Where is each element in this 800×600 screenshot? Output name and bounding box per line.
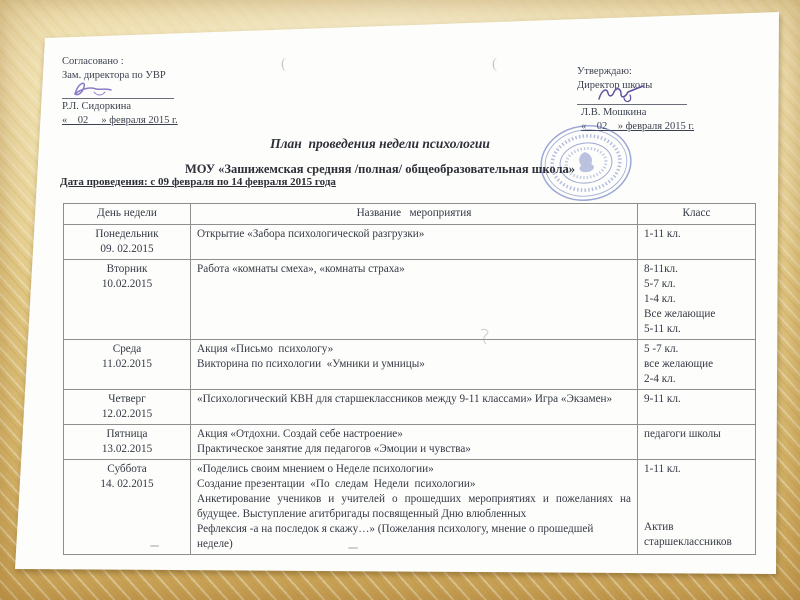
slide-background: Согласовано : Зам. директора по УВР Р.Л.… xyxy=(0,0,800,600)
approval-name-left: Р.Л. Сидоркина « 02 » февраля 2015 г. xyxy=(62,100,178,128)
event-line: «Поделись своим мнением о Неделе психоло… xyxy=(197,462,631,477)
event-line: Акция «Отдохни. Создай себе настроение» xyxy=(197,427,631,442)
class-line: все желающие xyxy=(644,357,749,372)
table-row: Вторник 10.02.2015 Работа «комнаты смеха… xyxy=(64,260,756,340)
class-line: Актив xyxy=(644,520,749,535)
day-name: Пятница xyxy=(70,427,184,442)
day-date: 11.02.2015 xyxy=(70,357,184,372)
class-line: 5-11 кл. xyxy=(644,322,749,337)
table-row: Суббота 14. 02.2015 «Поделись своим мнен… xyxy=(64,460,756,555)
class-line: 9-11 кл. xyxy=(644,392,749,407)
signature-line xyxy=(577,104,687,105)
table-row: Пятница 13.02.2015 Акция «Отдохни. Созда… xyxy=(64,425,756,460)
scan-artifact-mark: ( xyxy=(281,56,286,73)
day-name: Четверг xyxy=(70,392,184,407)
school-name: МОУ «Зашижемская средняя /полная/ общеоб… xyxy=(35,162,725,177)
approver-name: Р.Л. Сидоркина xyxy=(62,100,178,114)
document-title: План проведения недели психологии xyxy=(35,136,725,152)
column-header-class: Класс xyxy=(638,204,756,225)
event-line: Практическое занятие для педагогов «Эмоц… xyxy=(197,442,631,457)
approval-status: Согласовано : xyxy=(62,55,166,69)
signature-right-icon xyxy=(593,82,655,106)
event-dates-line: Дата проведения: с 09 февраля по 14 февр… xyxy=(60,176,336,188)
column-header-day: День недели xyxy=(64,204,191,225)
day-date: 12.02.2015 xyxy=(70,407,184,422)
day-date: 14. 02.2015 xyxy=(70,477,184,492)
class-line: педагоги школы xyxy=(644,427,749,442)
day-name: Вторник xyxy=(70,262,184,277)
scan-smudge xyxy=(150,545,159,547)
class-line: 1-4 кл. xyxy=(644,292,749,307)
day-date: 09. 02.2015 xyxy=(70,242,184,257)
class-line: 1-11 кл. xyxy=(644,462,749,477)
event-line: Создание презентации «По следам Недели п… xyxy=(197,477,631,492)
class-line: 5 -7 кл. xyxy=(644,342,749,357)
column-header-event: Название мероприятия xyxy=(191,204,638,225)
event-line: «Психологический КВН для старшекласснико… xyxy=(197,392,631,407)
class-line: старшеклассников xyxy=(644,535,749,550)
class-line: 5-7 кл. xyxy=(644,277,749,292)
schedule-table: День недели Название мероприятия Класс П… xyxy=(63,203,756,555)
signature-line xyxy=(62,98,174,99)
table-row: Понедельник 09. 02.2015 Открытие «Забора… xyxy=(64,225,756,260)
event-line: Работа «комнаты смеха», «комнаты страха» xyxy=(197,262,631,277)
signature-left-icon xyxy=(67,78,127,100)
class-line: 1-11 кл. xyxy=(644,227,749,242)
day-name: Понедельник xyxy=(70,227,184,242)
class-line: 8-11кл. xyxy=(644,262,749,277)
scan-artifact-mark: ( xyxy=(492,56,497,73)
table-row: Четверг 12.02.2015 «Психологический КВН … xyxy=(64,390,756,425)
table-row: Среда 11.02.2015 Акция «Письмо психологу… xyxy=(64,340,756,390)
class-line: Все желающие xyxy=(644,307,749,322)
day-date: 13.02.2015 xyxy=(70,442,184,457)
event-line: Акция «Письмо психологу» xyxy=(197,342,631,357)
day-name: Среда xyxy=(70,342,184,357)
day-date: 10.02.2015 xyxy=(70,277,184,292)
approval-status: Утверждаю: xyxy=(577,65,652,79)
approval-date: « 02 » февраля 2015 г. xyxy=(62,114,178,128)
table-header-row: День недели Название мероприятия Класс xyxy=(64,204,756,225)
event-line: Рефлексия -а на последок я скажу…» (Поже… xyxy=(197,522,631,552)
document-page: Согласовано : Зам. директора по УВР Р.Л.… xyxy=(15,12,779,574)
class-line: 2-4 кл. xyxy=(644,372,749,387)
event-line: Викторина по психологии «Умники и умницы… xyxy=(197,357,631,372)
day-name: Суббота xyxy=(70,462,184,477)
scan-pencil-mark xyxy=(477,326,493,348)
event-line: Открытие «Забора психологической разгруз… xyxy=(197,227,631,242)
event-line: Анкетирование учеников и учителей о прош… xyxy=(197,492,631,522)
scan-smudge xyxy=(348,547,358,549)
approver-name: Л.В. Мошкина xyxy=(581,106,694,120)
